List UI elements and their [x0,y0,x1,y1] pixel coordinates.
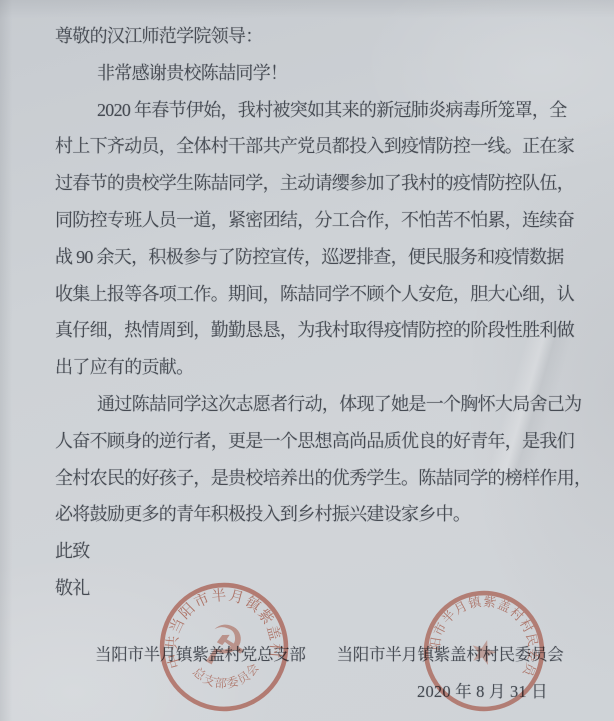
signature-village-committee: 当阳市半月镇紫盖村村民委员会 [337,641,564,665]
closing-jingli: 敬礼 [55,570,579,607]
letter-line: 同防控专班人员一道，紧密团结，分工合作，不怕苦不怕累，连续奋 [55,202,579,239]
letter-line: 过春节的贵校学生陈喆同学，主动请缨参加了我村的疫情防控队伍， [55,165,579,202]
letter-line: 通过陈喆同学这次志愿者行动，体现了她是一个胸怀大局舍己为 [55,386,579,423]
letter-line: 真仔细，热情周到，勤勤恳恳，为我村取得疫情防控的阶段性胜利做 [55,312,579,349]
letter-line: 全村农民的好孩子，是贵校培养出的优秀学生。陈喆同学的榜样作用， [55,460,579,497]
letter-line: 村上下齐动员，全体村干部共产党员都投入到疫情防控一线。正在家 [55,128,579,165]
closing-cizhi: 此致 [55,533,579,570]
signature-party-branch: 当阳市半月镇紫盖村党总支部 [95,641,306,665]
signature-row: 当阳市半月镇紫盖村党总支部 当阳市半月镇紫盖村村民委员会 [95,641,563,665]
letter-line: 战 90 余天，积极参与了防控宣传，巡逻排查，便民服务和疫情数据 [55,239,579,276]
date-line: 2020 年 8 月 31 日 [417,678,548,702]
letter-line: 非常感谢贵校陈喆同学！ [55,55,579,92]
letter-line: 必将鼓励更多的青年积极投入到乡村振兴建设家乡中。 [55,496,579,533]
letter-line: 出了应有的贡献。 [55,349,579,386]
letter-line: 2020 年春节伊始，我村被突如其来的新冠肺炎病毒所笼罩，全 [55,92,579,129]
letter-line: 人奋不顾身的逆行者，更是一个思想高尚品质优良的好青年，是我们 [55,423,579,460]
letter-line: 收集上报等各项工作。期间，陈喆同学不顾个人安危，胆大心细，认 [55,276,579,313]
letter-body: 尊敬的汉江师范学院领导： 非常感谢贵校陈喆同学！ 2020 年春节伊始，我村被突… [55,18,579,607]
letter-line: 尊敬的汉江师范学院领导： [55,18,579,55]
letter-page: 尊敬的汉江师范学院领导： 非常感谢贵校陈喆同学！ 2020 年春节伊始，我村被突… [0,0,614,721]
